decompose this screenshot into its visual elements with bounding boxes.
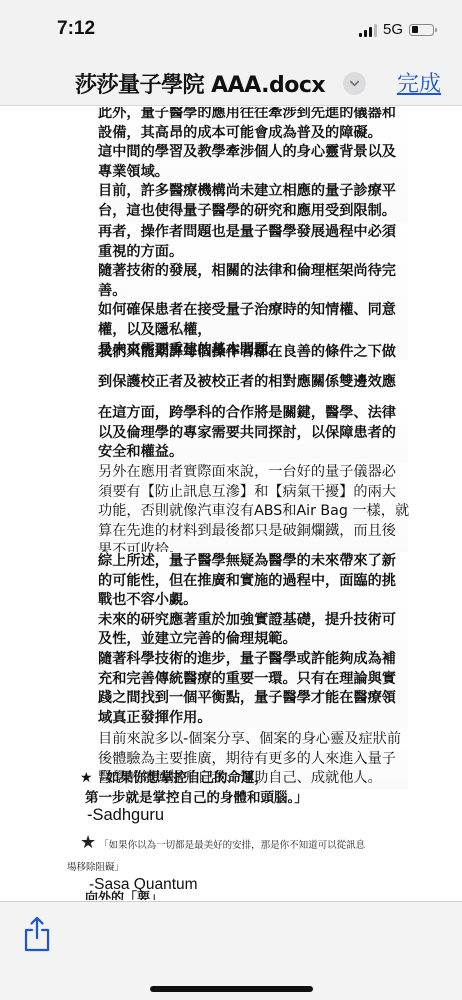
- text-line: 再者，操作者問題也是量子醫學發展過程中必須: [98, 223, 408, 243]
- quote-line: 場移除阻礙」: [67, 859, 124, 873]
- star-icon: ★: [80, 770, 93, 786]
- quote-line: ★「如果你想掌控自己的命運，: [80, 766, 268, 786]
- text-line: 如何確保患者在接受量子治療時的知情權、同意: [98, 301, 408, 321]
- text-line: 以及倫理學的專家需要共同探討，以保障患者的: [98, 424, 408, 444]
- share-button[interactable]: [22, 916, 52, 954]
- chevron-down-icon[interactable]: [343, 72, 366, 95]
- trailing-text: 向外的「要」，: [85, 887, 170, 900]
- text-line: 此外，量子醫學的應用往往牽涉到先進的儀器和: [98, 107, 408, 124]
- done-button[interactable]: 完成: [397, 67, 441, 98]
- text-line: 戰也不容小覷。: [98, 591, 408, 611]
- bottom-toolbar: [0, 901, 462, 1000]
- text-line: 目前來說多以-個案分享、個案的身心靈及症狀前: [98, 730, 408, 750]
- quote-line: 第一步就是掌控自己的身體和頭腦。」: [85, 786, 308, 806]
- quote-line: ★ 「如果你以為一切都是最美好的安排，那是你不知道可以從訊息: [80, 832, 365, 853]
- text-line: 踐之間找到一個平衡點，量子醫學才能在醫療領: [98, 689, 408, 709]
- text-line: 另外在應用者實際面來說，一台好的量子儀器必: [98, 463, 408, 483]
- text-line: 到保護校正者及被校正者的相對應關係雙邊效應: [98, 373, 408, 393]
- paragraph-block: 我們只能期許每個操作者都在良善的條件之下做: [98, 343, 408, 363]
- text-line: 的可能性，但在推廣和實施的過程中，面臨的挑: [98, 572, 408, 592]
- paragraph-block: 此外，量子醫學的應用往往牽涉到先進的儀器和 設備，其高昂的成本可能會成為普及的障…: [98, 107, 408, 222]
- text-line: 安全和權益。: [98, 443, 408, 463]
- text-line: 綜上所述，量子醫學無疑為醫學的未來帶來了新: [98, 552, 408, 572]
- cellular-signal-icon: [359, 23, 377, 37]
- home-indicator[interactable]: [150, 986, 313, 992]
- text-line: 台，這也使得量子醫學的研究和應用受到限制。: [98, 202, 408, 222]
- text-line: 重視的方面。: [98, 243, 408, 263]
- text-line: 未來的研究應著重於加強實證基礎，提升技術可: [98, 611, 408, 631]
- paragraph-block: 綜上所述，量子醫學無疑為醫學的未來帶來了新 的可能性，但在推廣和實施的過程中，面…: [98, 552, 408, 728]
- text-line: 設備，其高昂的成本可能會成為普及的障礙。: [98, 124, 408, 144]
- text-line: 目前，許多醫療機構尚未建立相應的量子診療平: [98, 182, 408, 202]
- text-line: 隨著科學技術的進步，量子醫學或許能夠成為補: [98, 650, 408, 670]
- text-line: 隨著技術的發展，相關的法律和倫理框架尚待完: [98, 262, 408, 282]
- text-line: 我們只能期許每個操作者都在良善的條件之下做: [98, 343, 408, 363]
- status-indicators: 5G: [359, 21, 434, 38]
- paragraph-block: 另外在應用者實際面來說，一台好的量子儀器必 須要有【防止訊息互滲】和【病氣干擾】…: [98, 463, 408, 561]
- text-line: 域真正發揮作用。: [98, 709, 408, 729]
- text-line: 權，以及隱私權，: [98, 321, 408, 341]
- text-line: 專業領域。: [98, 163, 408, 183]
- text-line: 在這方面，跨學科的合作將是關鍵，醫學、法律: [98, 404, 408, 424]
- text-line: 充和完善傳統醫療的重要一環。只有在理論與實: [98, 670, 408, 690]
- paragraph-block: 到保護校正者及被校正者的相對應關係雙邊效應: [98, 373, 408, 393]
- text-line: 須要有【防止訊息互滲】和【病氣干擾】的兩大: [98, 483, 408, 503]
- network-type: 5G: [383, 21, 403, 38]
- text-line: 功能，否則就像汽車沒有ABS和Air Bag 一樣，就: [98, 502, 408, 522]
- star-icon: ★: [80, 832, 96, 853]
- quote-text: 「如果你以為一切都是最美好的安排，那是你不知道可以從訊息: [99, 840, 365, 851]
- quote-text: 「如果你想掌控自己的命運，: [93, 770, 269, 786]
- paragraph-block: 在這方面，跨學科的合作將是關鍵，醫學、法律 以及倫理學的專家需要共同探討，以保障…: [98, 404, 408, 463]
- text-line: 善。: [98, 282, 408, 302]
- paragraph-block: 再者，操作者問題也是量子醫學發展過程中必須 重視的方面。 隨著技術的發展，相關的…: [98, 223, 408, 360]
- document-viewer[interactable]: 此外，量子醫學的應用往往牽涉到先進的儀器和 設備，其高昂的成本可能會成為普及的障…: [0, 107, 462, 900]
- text-line: 這中間的學習及教學牽涉個人的身心靈背景以及: [98, 143, 408, 163]
- quote-author: -Sadhguru: [87, 806, 164, 825]
- status-bar: 7:12 5G: [0, 0, 462, 60]
- text-line: 算在先進的材料到最後都只是破銅爛鐵，而且後: [98, 522, 408, 542]
- share-icon: [22, 916, 52, 954]
- document-nav-bar: 莎莎量子學院 AAA.docx 完成: [0, 60, 462, 106]
- text-line: 及性，並建立完善的倫理規範。: [98, 630, 408, 650]
- battery-icon: [409, 24, 434, 36]
- status-time: 7:12: [57, 18, 95, 40]
- document-title[interactable]: 莎莎量子學院 AAA.docx: [75, 68, 325, 99]
